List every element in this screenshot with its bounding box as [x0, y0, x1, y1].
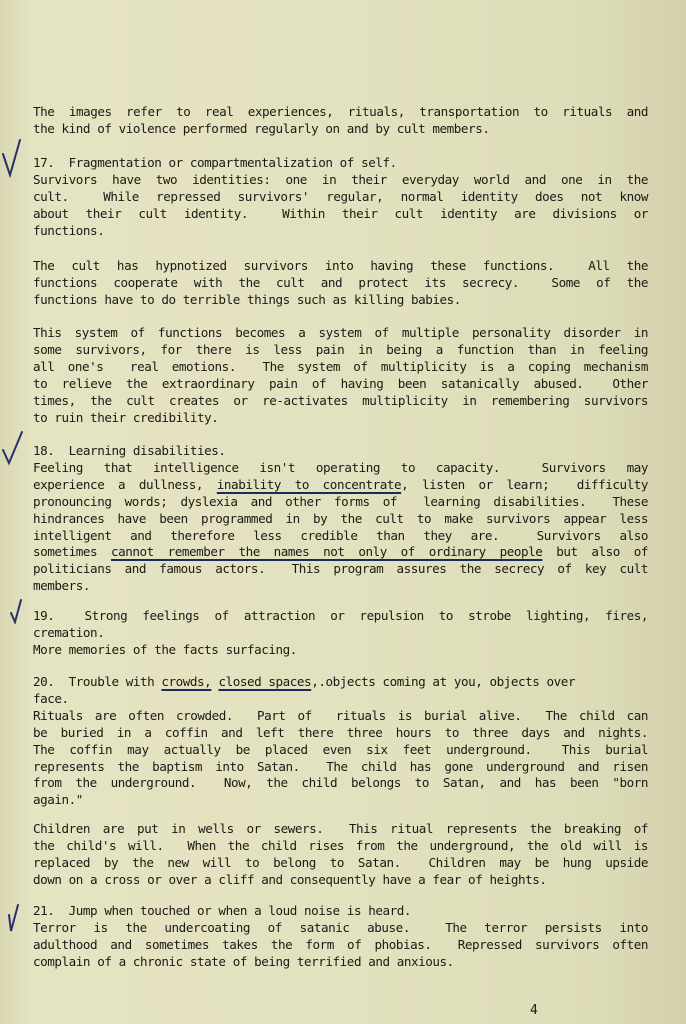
checkmark-icon — [2, 138, 22, 178]
item-20-paragraph-2: Children are put in wells or sewers. Thi… — [33, 821, 648, 889]
text-line: about their cult identity. Within their … — [33, 206, 648, 223]
text-line: members. — [33, 578, 648, 595]
text-line: adulthood and sometimes takes the form o… — [33, 937, 648, 954]
checkmark-icon — [6, 903, 20, 933]
text-line: The cult has hypnotized survivors into h… — [33, 258, 648, 275]
paragraph-intro: The images refer to real experiences, ri… — [33, 104, 648, 138]
text-line: The images refer to real experiences, ri… — [33, 104, 648, 121]
checkmark-icon — [2, 430, 24, 466]
text-line: sometimes cannot remember the names not … — [33, 544, 648, 561]
text-line: cremation. — [33, 625, 648, 642]
handwritten-underline: closed spaces — [218, 674, 311, 689]
text-line: functions have to do terrible things suc… — [33, 292, 648, 309]
text-line: Feeling that intelligence isn't operatin… — [33, 460, 648, 477]
text-line: Survivors have two identities: one in th… — [33, 172, 648, 189]
handwritten-underline: cannot remember the names not only of or… — [111, 544, 542, 559]
item-heading: 21. Jump when touched or when a loud noi… — [33, 903, 648, 920]
item-heading: 17. Fragmentation or compartmentalizatio… — [33, 155, 648, 172]
text-line: This system of functions becomes a syste… — [33, 325, 648, 342]
text-line: Children are put in wells or sewers. Thi… — [33, 821, 648, 838]
page-number: 4 — [530, 1003, 538, 1018]
item-heading: 18. Learning disabilities. — [33, 443, 648, 460]
handwritten-underline: crowds, — [161, 674, 211, 689]
text-line: functions. — [33, 223, 648, 240]
text-line: More memories of the facts surfacing. — [33, 642, 648, 659]
item-17: 17. Fragmentation or compartmentalizatio… — [33, 155, 648, 240]
item-heading: 20. Trouble with crowds, closed spaces,.… — [33, 674, 648, 691]
text-line: be buried in a coffin and left there thr… — [33, 725, 648, 742]
text-line: from the underground. Now, the child bel… — [33, 775, 648, 792]
text-line: the child's will. When the child rises f… — [33, 838, 648, 855]
text-line: to ruin their credibility. — [33, 410, 648, 427]
text-line: functions cooperate with the cult and pr… — [33, 275, 648, 292]
text-line: Rituals are often crowded. Part of ritua… — [33, 708, 648, 725]
handwritten-underline: inability to concentrate — [217, 477, 401, 492]
text-line: complain of a chronic state of being ter… — [33, 954, 648, 971]
text-line: politicians and famous actors. This prog… — [33, 561, 648, 578]
text-line: represents the baptism into Satan. The c… — [33, 759, 648, 776]
text-line: cult. While repressed survivors' regular… — [33, 189, 648, 206]
item-heading: 19. Strong feelings of attraction or rep… — [33, 608, 648, 625]
item-17-paragraph-2: The cult has hypnotized survivors into h… — [33, 258, 648, 309]
item-18: 18. Learning disabilities.Feeling that i… — [33, 443, 648, 595]
checkmark-icon — [10, 598, 24, 624]
item-17-paragraph-3: This system of functions becomes a syste… — [33, 325, 648, 426]
item-21: 21. Jump when touched or when a loud noi… — [33, 903, 648, 971]
text-line: hindrances have been programmed in by th… — [33, 511, 648, 528]
text-line: all one's real emotions. The system of m… — [33, 359, 648, 376]
text-line: down on a cross or over a cliff and cons… — [33, 872, 648, 889]
text-line: face. — [33, 691, 648, 708]
text-line: experience a dullness, inability to conc… — [33, 477, 648, 494]
text-line: intelligent and therefore less credible … — [33, 528, 648, 545]
text-line: The coffin may actually be placed even s… — [33, 742, 648, 759]
text-line: times, the cult creates or re-activates … — [33, 393, 648, 410]
text-line: replaced by the new will to belong to Sa… — [33, 855, 648, 872]
text-line: the kind of violence performed regularly… — [33, 121, 648, 138]
text-line: to relieve the extraordinary pain of hav… — [33, 376, 648, 393]
text-line: pronouncing words; dyslexia and other fo… — [33, 494, 648, 511]
text-line: again." — [33, 792, 648, 809]
text-line: some survivors, for there is less pain i… — [33, 342, 648, 359]
text-line: Terror is the undercoating of satanic ab… — [33, 920, 648, 937]
item-19: 19. Strong feelings of attraction or rep… — [33, 608, 648, 659]
item-20: 20. Trouble with crowds, closed spaces,.… — [33, 674, 648, 809]
